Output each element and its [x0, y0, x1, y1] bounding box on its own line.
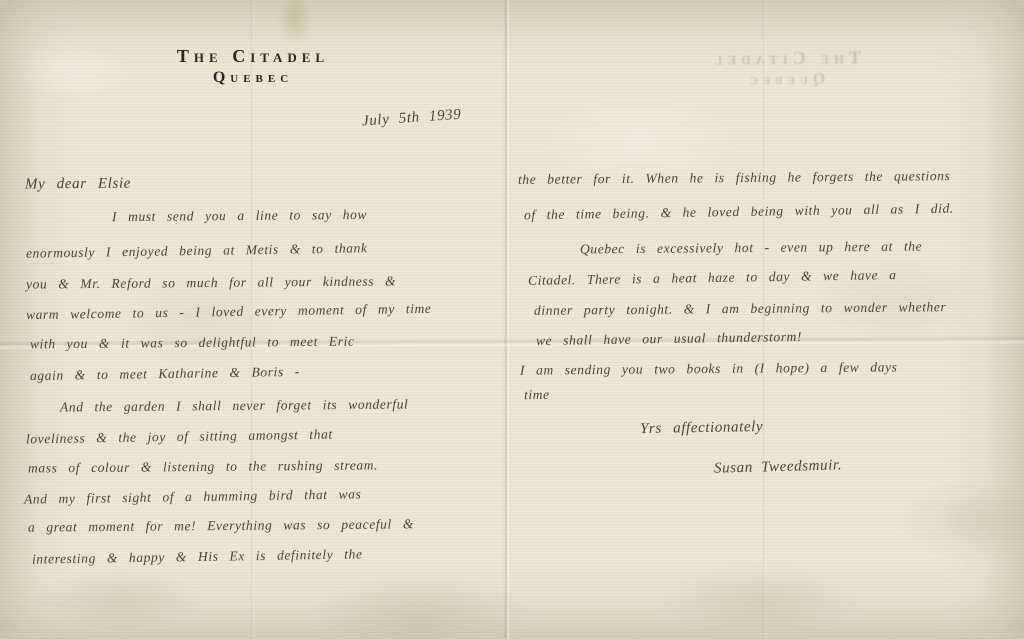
handwritten-line: you & Mr. Reford so much for all your ki… [26, 273, 396, 292]
letterhead: The Citadel Quebec [128, 46, 378, 87]
handwritten-line: warm welcome to us - I loved every momen… [26, 301, 432, 323]
letterhead-showthrough-line2: Quebec [660, 70, 910, 90]
fold-crease-quarter-right [762, 0, 766, 639]
handwritten-line: And the garden I shall never forget its … [60, 396, 409, 415]
handwritten-line: again & to meet Katharine & Boris - [30, 364, 300, 384]
letterhead-line2: Quebec [128, 69, 378, 87]
handwritten-line: Citadel. There is a heat haze to day & w… [528, 267, 897, 289]
handwritten-line: And my first sight of a humming bird tha… [24, 486, 362, 507]
handwritten-line: enormously I enjoyed being at Metis & to… [26, 240, 368, 261]
handwritten-line: with you & it was so delightful to meet … [30, 334, 355, 353]
handwritten-line: loveliness & the joy of sitting amongst … [26, 427, 333, 448]
letterhead-showthrough: The Citadel Quebec [660, 47, 910, 90]
handwritten-line: of the time being. & he loved being with… [524, 201, 954, 224]
fold-crease-vertical [503, 0, 510, 639]
handwritten-line: the better for it. When he is fishing he… [518, 168, 951, 188]
letterhead-showthrough-line1: The Citadel [660, 47, 910, 70]
salutation: My dear Elsie [25, 176, 131, 194]
handwritten-line: a great moment for me! Everything was so… [28, 516, 414, 535]
handwritten-line: dinner party tonight. & I am beginning t… [534, 299, 946, 319]
handwritten-line: I must send you a line to say how [112, 207, 367, 225]
handwritten-line: Quebec is excessively hot - even up here… [580, 239, 922, 258]
letterhead-line1: The Citadel [128, 46, 378, 67]
letter-date: July 5th 1939 [362, 107, 462, 131]
letter-scan: The Citadel Quebec July 5th 1939 My dear… [0, 0, 1024, 639]
signature: Susan Tweedsmuir. [714, 457, 843, 477]
closing: Yrs affectionately [640, 419, 763, 438]
handwritten-line: interesting & happy & His Ex is definite… [32, 546, 363, 567]
handwritten-line: time [524, 387, 550, 403]
handwritten-line: I am sending you two books in (I hope) a… [520, 359, 898, 378]
handwritten-line: mass of colour & listening to the rushin… [28, 457, 378, 476]
